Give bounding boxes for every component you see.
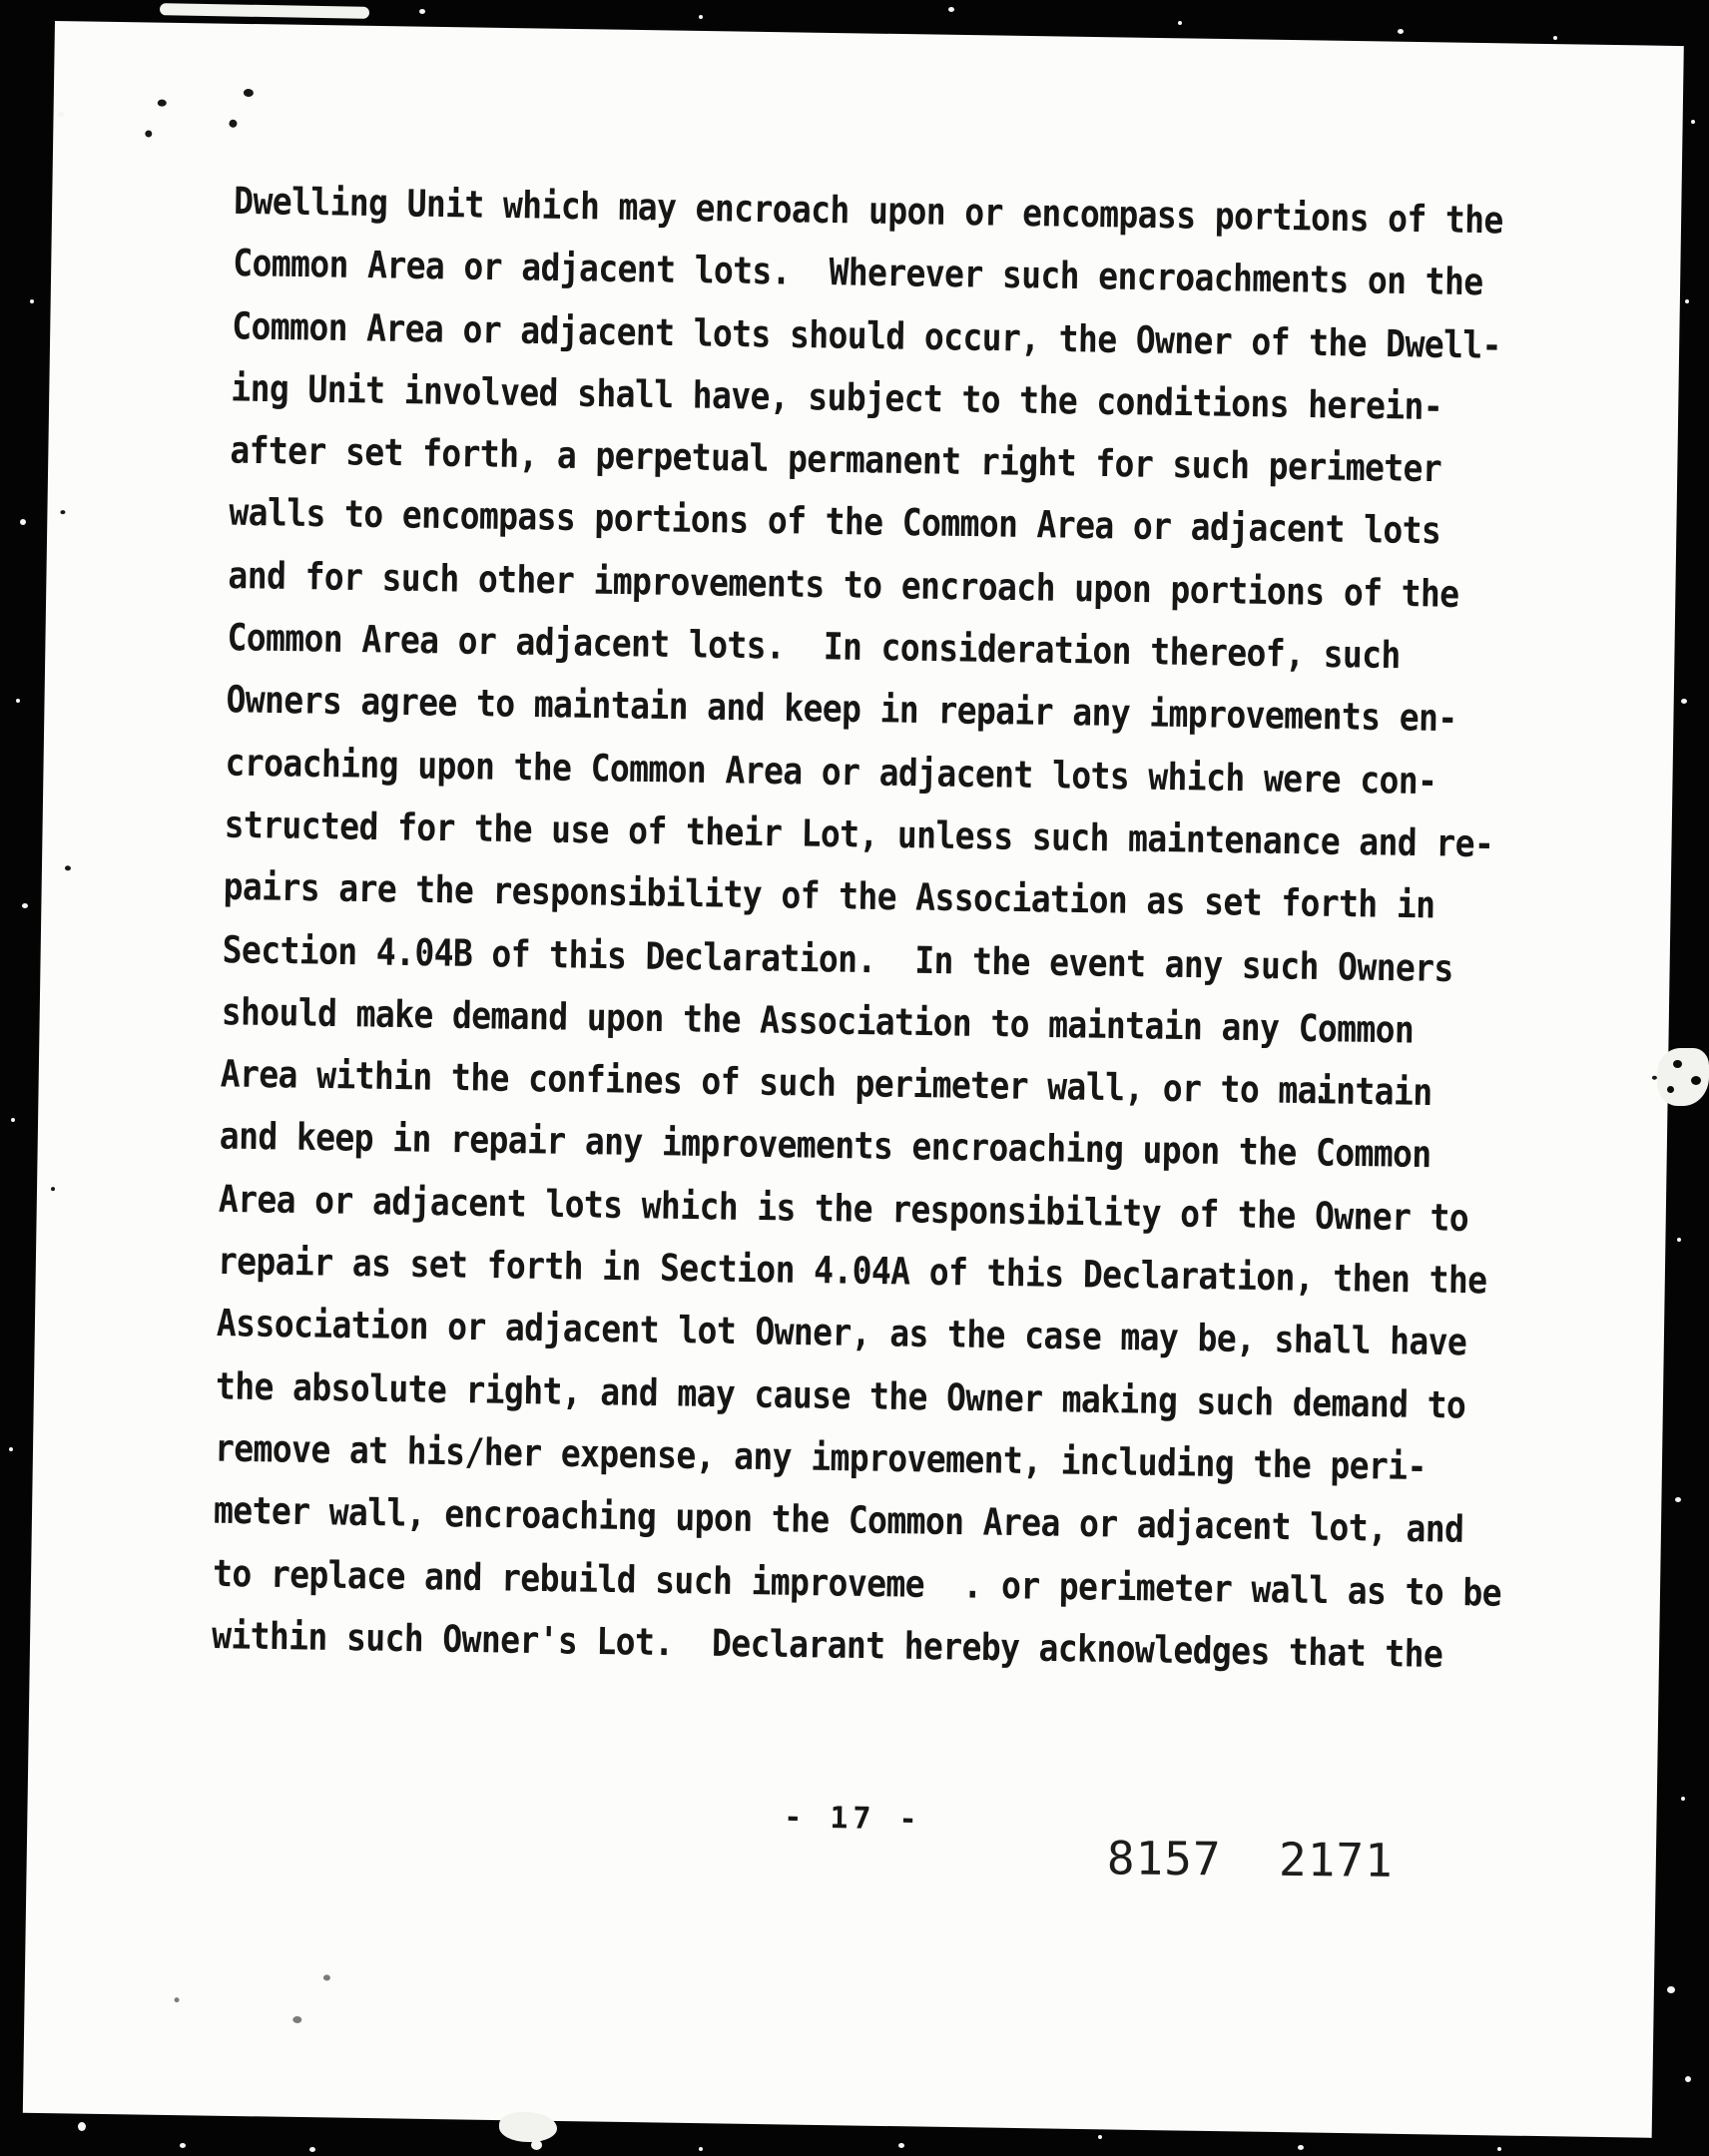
scan-noise-speck xyxy=(1298,2145,1304,2150)
scan-noise-dot xyxy=(1673,1060,1682,1068)
scan-noise-speck xyxy=(22,903,28,908)
scan-background: Dwelling Unit which may encroach upon or… xyxy=(0,0,1709,2156)
scan-noise-dot xyxy=(1667,1086,1674,1093)
ink-speck xyxy=(65,865,71,870)
scan-noise-speck xyxy=(1178,21,1182,25)
scan-noise-speck xyxy=(30,299,34,303)
scan-noise-speck xyxy=(1667,1986,1675,1993)
document-body-text: Dwelling Unit which may encroach upon or… xyxy=(212,170,1592,1687)
ink-speck xyxy=(292,2016,301,2023)
page-number: - 17 - xyxy=(768,1801,938,1838)
scan-noise-speck xyxy=(1685,299,1689,303)
scan-noise-speck xyxy=(1675,1497,1681,1502)
ink-speck xyxy=(145,130,152,137)
scan-noise-speck xyxy=(1553,36,1557,40)
scan-noise-blob xyxy=(1657,1048,1709,1106)
ink-speck xyxy=(158,100,167,107)
ink-speck xyxy=(175,1997,180,2002)
scan-noise-speck xyxy=(58,112,64,117)
scan-noise-blob xyxy=(160,3,369,19)
scan-noise-speck xyxy=(309,2147,315,2152)
recording-stamp: 8157 2171 xyxy=(1107,1833,1394,1885)
ink-speck xyxy=(1319,1096,1324,1101)
scan-noise-speck xyxy=(180,2143,186,2148)
scan-noise-blob xyxy=(499,2112,557,2142)
scan-noise-speck xyxy=(948,7,954,12)
scan-noise-speck xyxy=(419,9,425,14)
scan-noise-speck xyxy=(1098,2135,1102,2139)
scan-noise-speck xyxy=(699,15,703,19)
scan-noise-speck xyxy=(1398,29,1404,34)
scan-noise-speck xyxy=(699,2147,703,2151)
scan-noise-speck xyxy=(1681,1797,1685,1801)
scan-noise-speck xyxy=(20,519,26,525)
scan-noise-speck xyxy=(1677,1238,1681,1242)
scan-noise-speck xyxy=(11,1118,15,1122)
ink-speck xyxy=(323,1974,330,1980)
scan-noise-speck xyxy=(898,2143,904,2148)
scan-noise-speck xyxy=(1685,2076,1691,2082)
ink-speck xyxy=(51,1187,55,1191)
ink-speck xyxy=(60,510,65,514)
scan-noise-speck xyxy=(78,2122,86,2131)
scan-noise-speck xyxy=(1497,2147,1501,2151)
scan-noise-speck xyxy=(16,699,20,703)
scan-noise-dot xyxy=(1691,1076,1701,1085)
ink-speck xyxy=(229,120,237,128)
scan-noise-speck xyxy=(9,1447,13,1451)
ink-speck xyxy=(244,89,254,97)
scan-noise-speck xyxy=(1691,120,1695,124)
scan-noise-speck xyxy=(531,2140,542,2150)
scanned-page: Dwelling Unit which may encroach upon or… xyxy=(23,21,1684,2138)
scan-noise-speck xyxy=(1681,699,1687,704)
